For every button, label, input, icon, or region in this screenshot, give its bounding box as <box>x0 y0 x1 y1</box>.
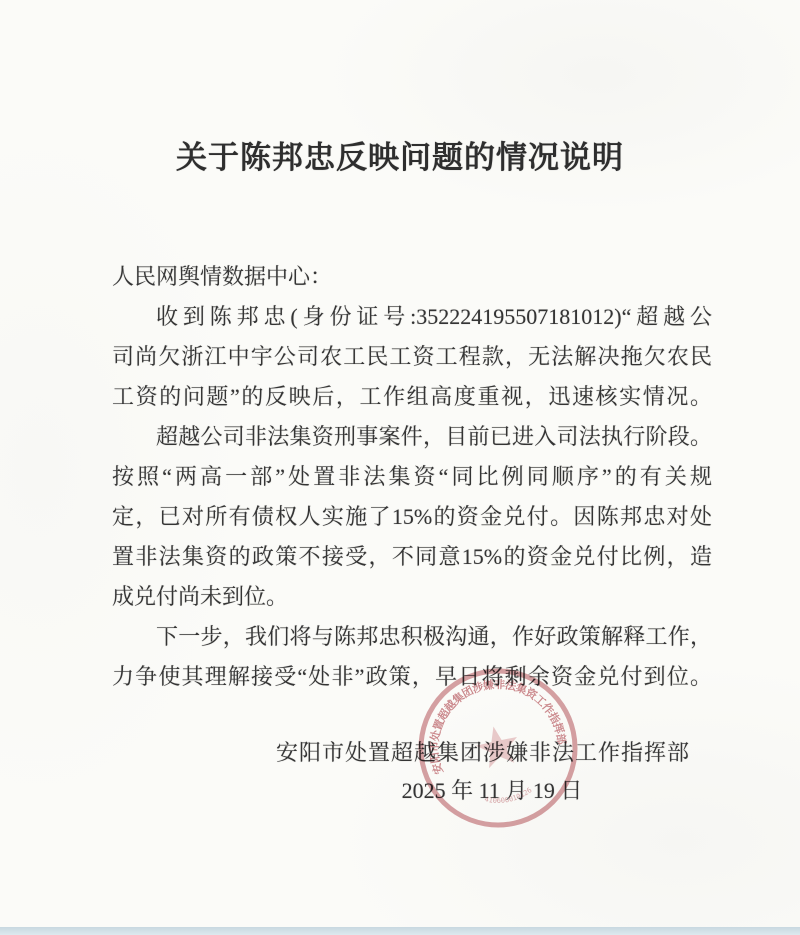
document-line: 按照“两高一部”处置非法集资“同比例同顺序”的有关规 <box>112 457 712 497</box>
document-line: 收到陈邦忠(身份证号:352224195507181012)“超越公 <box>112 297 712 337</box>
document-line: 成兑付尚未到位。 <box>112 577 712 617</box>
footer-bar <box>0 927 800 935</box>
document-line: 下一步，我们将与陈邦忠积极沟通，作好政策解释工作， <box>112 617 712 657</box>
official-seal: 安阳市处置超越集团涉嫌非法集资工作指挥部 410606010126 <box>391 641 604 854</box>
document-line: 人民网舆情数据中心： <box>112 257 712 297</box>
document-line: 工资的问题”的反映后，工作组高度重视，迅速核实情况。 <box>112 377 712 417</box>
document-page: 关于陈邦忠反映问题的情况说明 人民网舆情数据中心：收到陈邦忠(身份证号:3522… <box>0 0 800 935</box>
document-line: 超越公司非法集资刑事案件，目前已进入司法执行阶段。 <box>112 417 712 457</box>
document-line: 司尚欠浙江中宇公司农工民工资工程款，无法解决拖欠农民 <box>112 337 712 377</box>
document-line: 定，已对所有债权人实施了15%的资金兑付。因陈邦忠对处 <box>112 497 712 537</box>
document-body: 人民网舆情数据中心：收到陈邦忠(身份证号:352224195507181012)… <box>112 257 712 697</box>
document-title: 关于陈邦忠反映问题的情况说明 <box>0 132 800 177</box>
seal-code: 410606010126 <box>482 785 534 809</box>
seal-star-icon <box>473 722 522 770</box>
seal-code-arc-path <box>459 768 554 812</box>
document-line: 置非法集资的政策不接受，不同意15%的资金兑付比例，造 <box>112 537 712 577</box>
